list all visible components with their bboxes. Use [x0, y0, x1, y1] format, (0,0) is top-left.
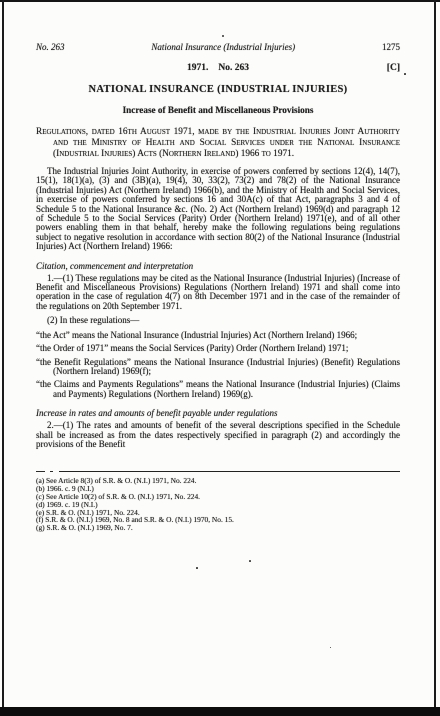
section-heading-increase-in-rates: Increase in rates and amounts of benefit…: [36, 408, 400, 418]
classification-mark: [C]: [387, 63, 400, 73]
definition-the-act: “the Act” means the National Insurance (…: [36, 331, 400, 340]
scan-speck: [196, 567, 198, 569]
page-number: 1275: [382, 42, 400, 52]
act-subtitle: Increase of Benefit and Miscellaneous Pr…: [36, 105, 400, 115]
scan-border-bottom: [0, 707, 440, 716]
header-line2: 1971.No. 263 [C]: [36, 63, 400, 73]
footnote-rule: [36, 470, 400, 472]
running-title: National Insurance (Industrial Injuries): [151, 42, 295, 52]
year-and-number: 1971.No. 263: [187, 63, 249, 73]
footnote-g: (g) S.R. & O. (N.I.) 1969, No. 7.: [36, 524, 400, 532]
scan-speck: [330, 647, 331, 648]
regulation-2-paragraph-1: 2.—(1) The rates and amounts of benefit …: [36, 421, 400, 449]
preamble: Regulations, dated 16th August 1971, mad…: [36, 127, 400, 160]
definitions-list: “the Act” means the National Insurance (…: [36, 331, 400, 399]
act-title: NATIONAL INSURANCE (INDUSTRIAL INJURIES): [36, 84, 400, 95]
year-label: 1971.: [187, 63, 208, 73]
footnotes-list: (a) See Article 8(3) of S.R. & O. (N.I.)…: [36, 477, 400, 532]
document-content: No. 263 National Insurance (Industrial I…: [0, 0, 440, 532]
scan-speck: [249, 560, 251, 562]
number-label: No. 263: [218, 63, 249, 73]
regulation-1-paragraph-2: (2) In these regulations—: [36, 316, 400, 325]
section-heading-citation: Citation, commencement and interpretatio…: [36, 261, 400, 271]
definition-claims-and-payments-regulations: “the Claims and Payments Regulations” me…: [36, 380, 400, 399]
enacting-paragraph: The Industrial Injuries Joint Authority,…: [36, 167, 400, 252]
regulation-1-paragraph-1: 1.—(1) These regulations may be cited as…: [36, 274, 400, 312]
running-header: No. 263 National Insurance (Industrial I…: [36, 42, 400, 52]
definition-order-of-1971: “the Order of 1971” means the Social Ser…: [36, 344, 400, 353]
scanned-document-page: No. 263 National Insurance (Industrial I…: [0, 0, 440, 716]
definition-benefit-regulations: “the Benefit Regulations” means the Nati…: [36, 358, 400, 377]
doc-number: No. 263: [36, 42, 65, 52]
